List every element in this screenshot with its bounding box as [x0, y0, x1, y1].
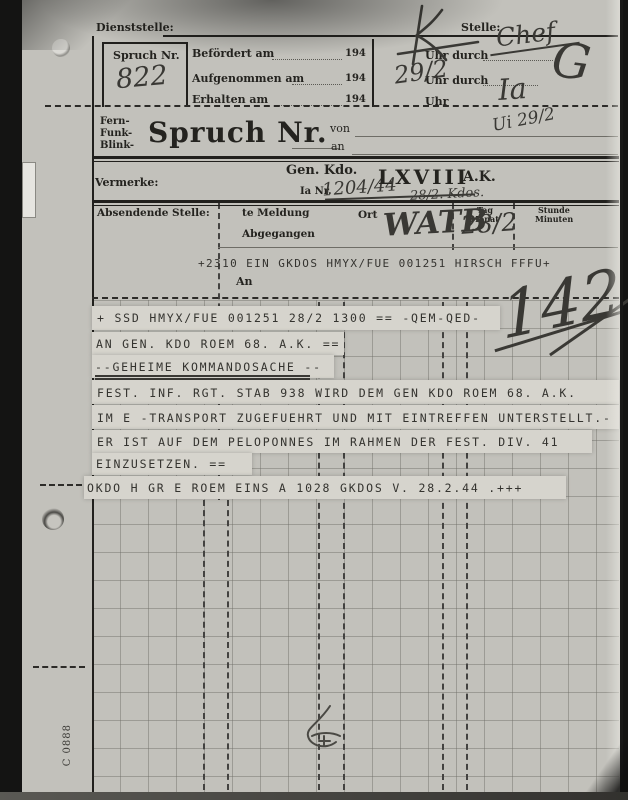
print-code: C 0888 — [62, 724, 73, 766]
message-line: EINZUSETZEN. == — [96, 457, 227, 471]
spruch-box-left — [102, 42, 104, 107]
handwritten-ia: Ia — [497, 71, 528, 107]
von-line — [355, 136, 618, 137]
funk-label: Funk- — [100, 128, 132, 139]
scan-edge-bottom — [0, 792, 628, 800]
leader-dots — [483, 60, 553, 61]
year-194: 194 — [345, 73, 366, 84]
stamp-unit: Gen. Kdo. — [286, 163, 357, 178]
handwritten-initial: G — [549, 32, 594, 92]
dienststelle-label: Dienststelle: — [96, 21, 174, 34]
an-line — [352, 154, 618, 155]
scanned-message-form: Dienststelle: Stelle: Spruch Nr. 822 Bef… — [0, 0, 628, 800]
message-line: ER IST AUF DEM PELOPONNES IM RAHMEN DER … — [97, 435, 559, 449]
spruch-title: Spruch Nr. — [148, 116, 328, 149]
punch-hole — [42, 508, 64, 530]
spruch-nr-label: Spruch Nr. — [113, 49, 180, 62]
margin-dash-mark — [33, 666, 85, 668]
page-edge-line — [620, 0, 623, 800]
stamp-corps-roman: LXVIII — [378, 165, 469, 189]
message-line: AN GEN. KDO ROEM 68. A.K. == — [96, 337, 340, 351]
minuten-column-header: Minuten — [535, 214, 573, 224]
year-194: 194 — [345, 48, 366, 59]
befoerdert-label: Befördert am — [192, 47, 274, 60]
time-column-rule — [372, 39, 374, 107]
section-divider-dashed — [45, 105, 618, 107]
double-rule-b — [92, 161, 619, 162]
teleprint-receipt-line: +2310 EIN GKDOS HMYX/FUE 001251 HIRSCH F… — [198, 257, 551, 270]
message-line-geheim: --GEHEIME KOMMANDOSACHE -- — [95, 360, 322, 374]
table-row-line — [218, 247, 618, 248]
ort-column-header: Ort — [358, 209, 378, 221]
message-signature-line: OKDO H GR E ROEM EINS A 1028 GKDOS V. 28… — [87, 481, 523, 495]
abgegangen-label: Abgegangen — [242, 228, 315, 240]
vermerke-label: Vermerke: — [95, 176, 158, 189]
message-line: + SSD HMYX/FUE 001251 28/2 1300 == -QEM-… — [97, 311, 481, 325]
von-label: von — [330, 122, 350, 135]
handwritten-spruch-number: 822 — [115, 60, 169, 95]
margin-dash-mark — [40, 484, 82, 486]
leader-dots — [272, 59, 342, 60]
fern-label: Fern- — [100, 116, 130, 127]
grid-divider-dashed — [227, 500, 229, 790]
handwritten-squiggle — [288, 702, 352, 760]
message-line: IM E -TRANSPORT ZUGEFUEHRT UND MIT EINTR… — [97, 411, 612, 425]
grid-divider-dashed — [466, 302, 468, 790]
underline — [95, 375, 310, 377]
grid-divider-dashed — [442, 302, 444, 790]
stamp-corps-suffix: A.K. — [463, 169, 496, 185]
an-row-label: An — [236, 275, 253, 288]
grid-divider-dashed — [203, 500, 205, 790]
year-194: 194 — [345, 94, 366, 105]
double-rule-a — [92, 156, 619, 159]
double-rule-a — [92, 200, 619, 203]
meldung-column-header: te Meldung — [242, 207, 309, 219]
an-label: an — [331, 140, 345, 153]
spruch-box-top — [102, 42, 187, 44]
leader-dots — [292, 84, 342, 85]
edge-label — [22, 162, 36, 218]
punch-hole — [52, 39, 70, 57]
handwritten-day-month: 28/2 — [460, 207, 518, 240]
blink-label: Blink- — [100, 140, 134, 151]
aufgenommen-label: Aufgenommen am — [192, 72, 304, 85]
spruch-box-right — [186, 42, 188, 107]
message-line: FEST. INF. RGT. STAB 938 WIRD DEM GEN KD… — [97, 386, 577, 400]
absendende-stelle-label: Absendende Stelle: — [97, 207, 210, 219]
